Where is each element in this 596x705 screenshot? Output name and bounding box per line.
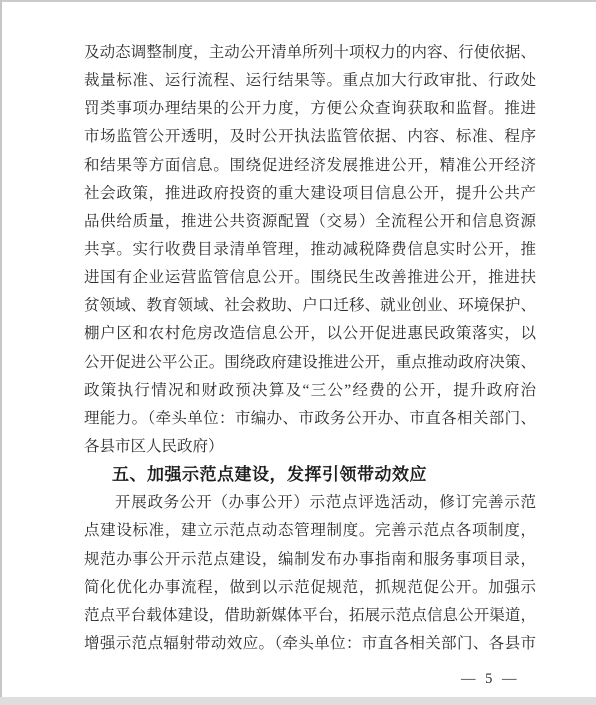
body-text-line: 及动态调整制度，主动公开清单所列十项权力的内容、行使依据、	[84, 39, 536, 67]
body-text-line: 贫领域、教育领域、社会救助、户口迁移、就业创业、环境保护、	[84, 292, 536, 320]
body-text-line: 品供给质量，推进公共资源配置（交易）全流程公开和信息资源	[84, 208, 536, 236]
body-text-line: 点建设标准，建立示范点动态管理制度。完善示范点各项制度，	[84, 517, 536, 545]
body-text-line: 增强示范点辐射带动效应。（牵头单位：市直各相关部门、各县市	[84, 630, 536, 658]
body-text-line: 市场监管公开透明，及时公开执法监管依据、内容、标准、程序	[84, 123, 536, 151]
scan-edge-bottom	[0, 697, 596, 705]
page-number: — 5 —	[461, 671, 520, 688]
body-text-line: 规范办事公开示范点建设，编制发布办事指南和服务事项目录，	[84, 546, 536, 574]
body-text-line: 开展政务公开（办事公开）示范点评选活动，修订完善示范	[84, 489, 536, 517]
body-text-line: 共享。实行收费目录清单管理，推动减税降费信息实时公开，推	[84, 236, 536, 264]
scan-edge-top	[0, 0, 596, 2]
body-text-line: 棚户区和农村危房改造信息公开，以公开促进惠民政策落实，以	[84, 320, 536, 348]
body-text-line: 罚类事项办理结果的公开力度，方便公众查询获取和监督。推进	[84, 95, 536, 123]
body-text-line: 各县市区人民政府）	[84, 433, 536, 461]
body-text-line: 公开促进公平公正。围绕政府建设推进公开，重点推动政府决策、	[84, 349, 536, 377]
scanned-document-page: 及动态调整制度，主动公开清单所列十项权力的内容、行使依据、 裁量标准、运行流程、…	[0, 0, 596, 705]
body-text-line: 政策执行情况和财政预决算及“三公”经费的公开，提升政府治	[84, 377, 536, 405]
body-text-line: 和结果等方面信息。围绕促进经济发展推进公开，精准公开经济	[84, 152, 536, 180]
document-text-block: 及动态调整制度，主动公开清单所列十项权力的内容、行使依据、 裁量标准、运行流程、…	[84, 39, 536, 658]
section-heading: 五、加强示范点建设，发挥引领带动效应	[84, 461, 536, 489]
scan-edge-left	[0, 0, 2, 705]
body-text-line: 理能力。（牵头单位：市编办、市政务公开办、市直各相关部门、	[84, 405, 536, 433]
body-text-line: 简化优化办事流程，做到以示范促规范，抓规范促公开。加强示	[84, 574, 536, 602]
body-text-line: 进国有企业运营监管信息公开。围绕民生改善推进公开，推进扶	[84, 264, 536, 292]
body-text-line: 社会政策，推进政府投资的重大建设项目信息公开，提升公共产	[84, 180, 536, 208]
body-text-line: 范点平台载体建设，借助新媒体平台，拓展示范点信息公开渠道，	[84, 602, 536, 630]
body-text-line: 裁量标准、运行流程、运行结果等。重点加大行政审批、行政处	[84, 67, 536, 95]
